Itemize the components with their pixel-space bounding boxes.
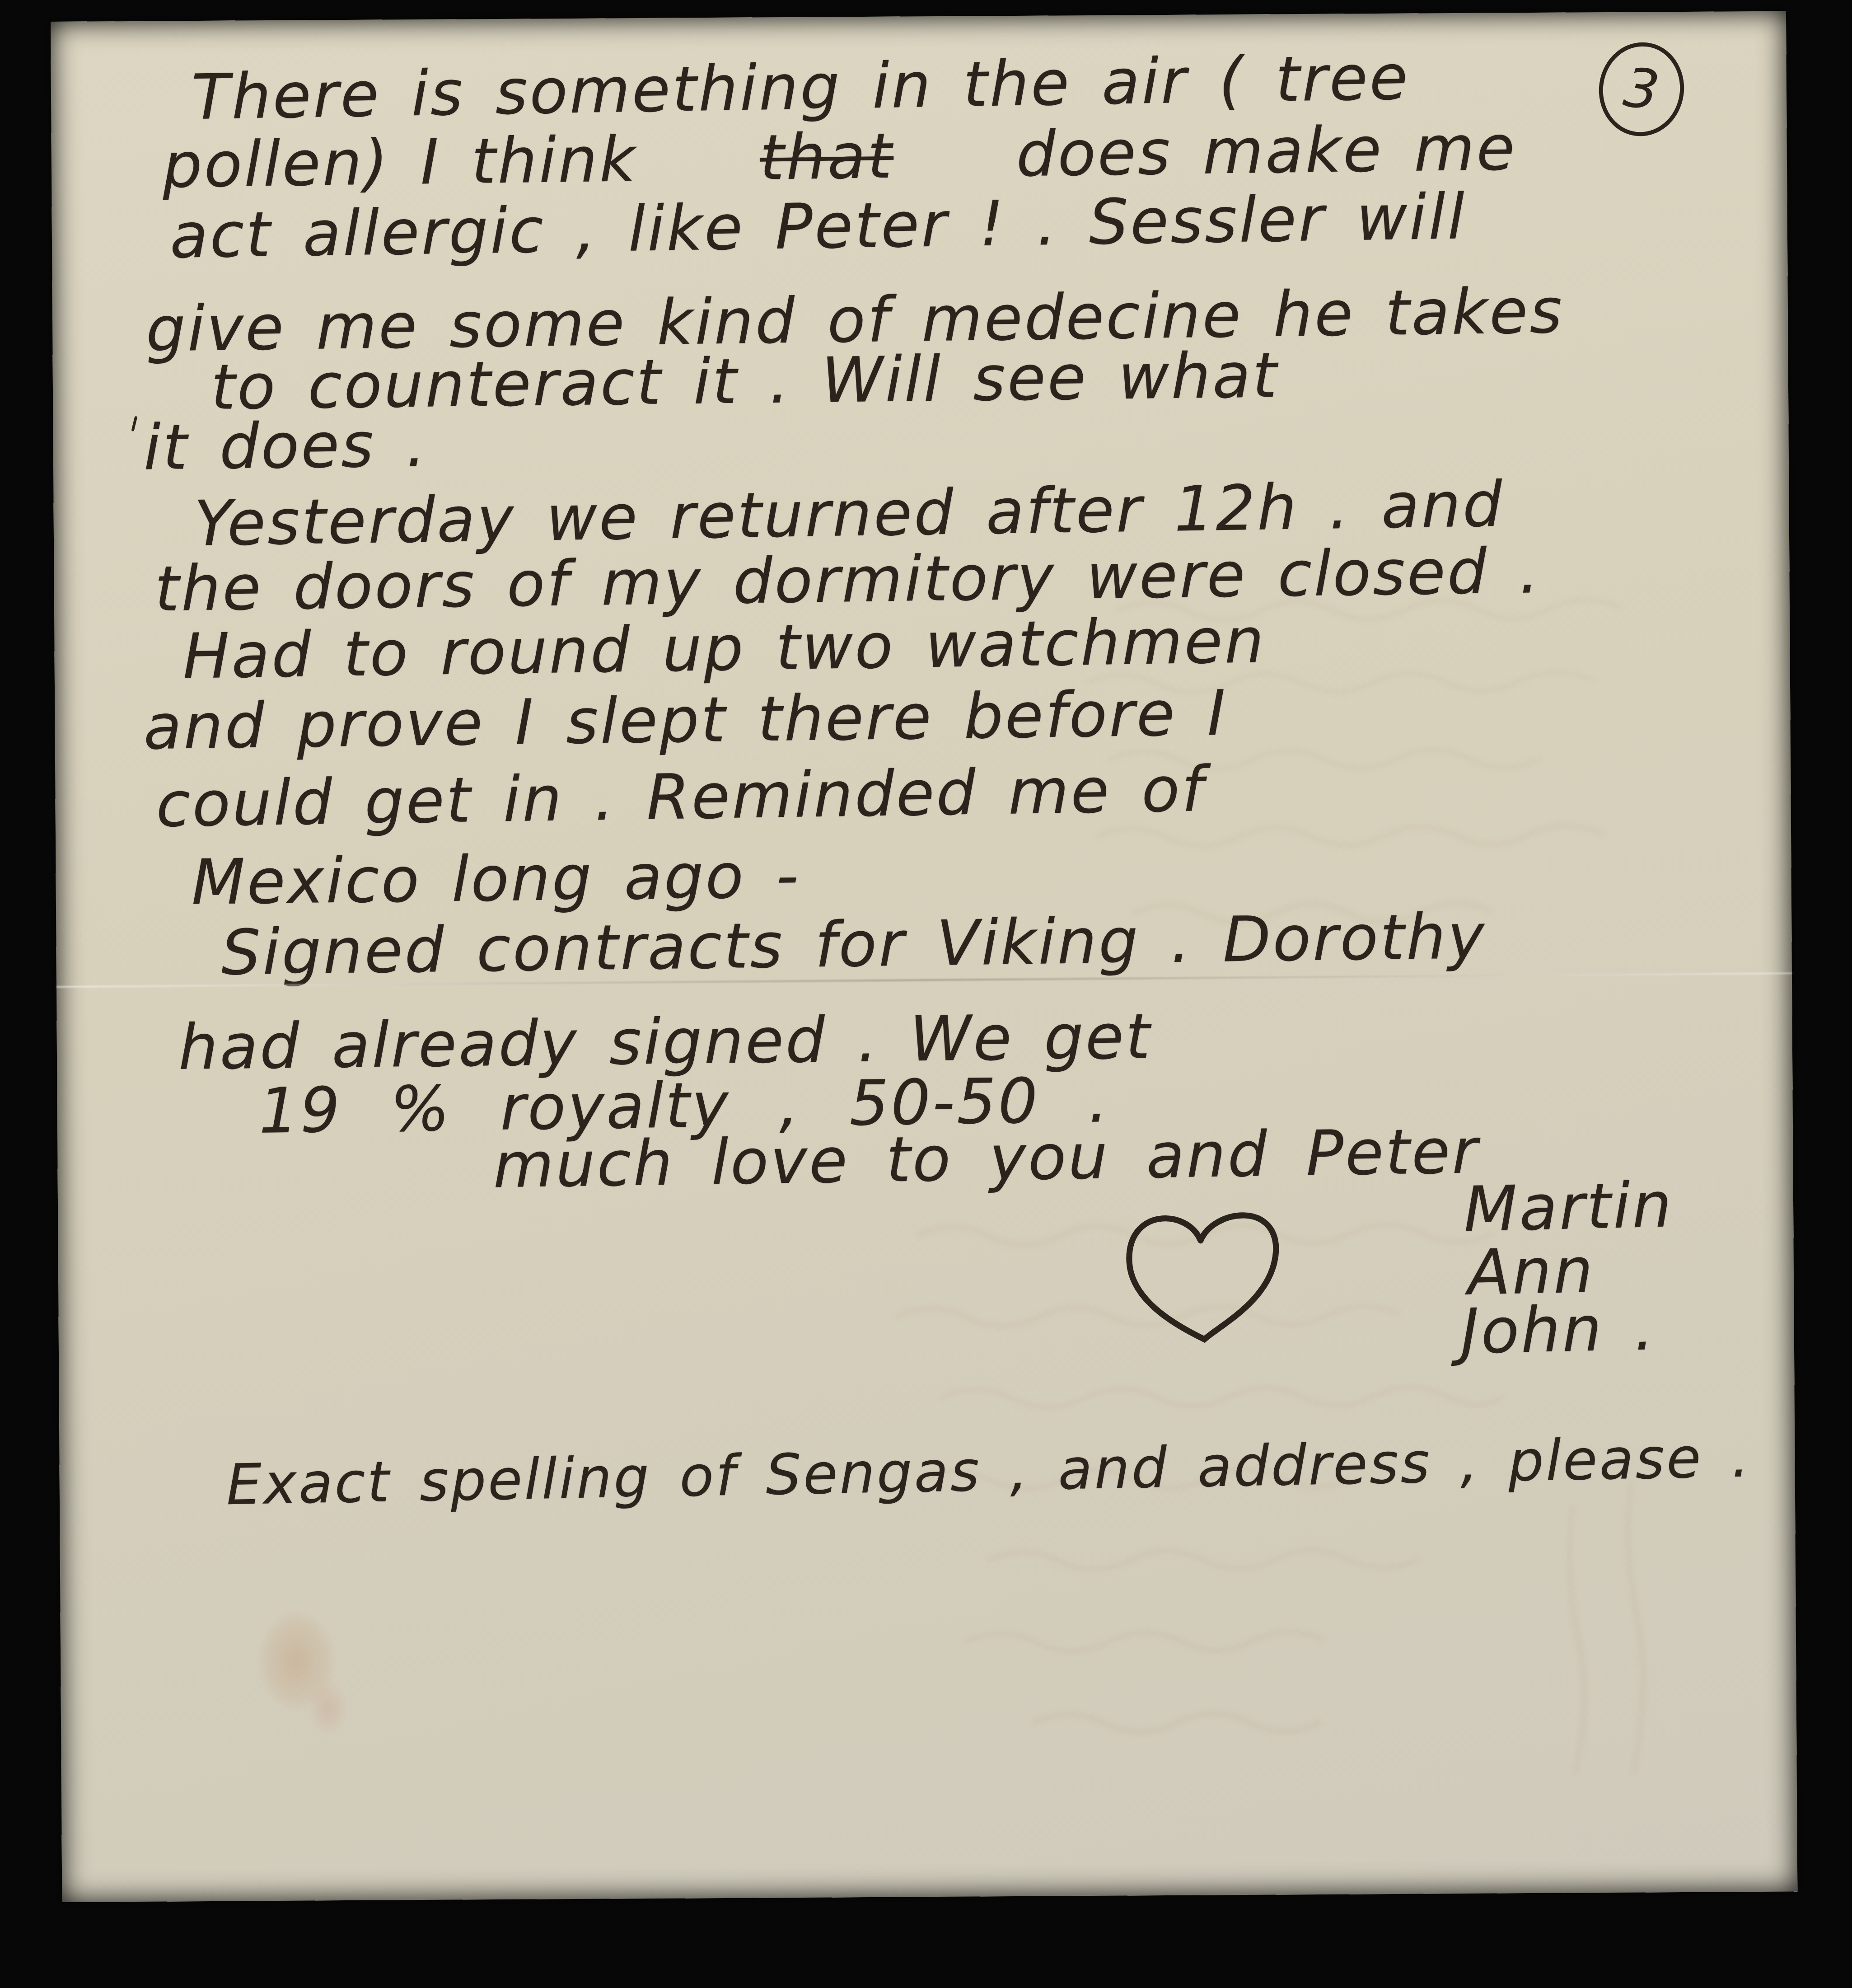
letter-line-16: much love to you and Peter bbox=[493, 1120, 1480, 1197]
scanned-letter-photo: 3 There is something in the air ( tree p… bbox=[0, 0, 1852, 1988]
letter-line-2-pre: pollen) I think bbox=[162, 123, 638, 202]
signature-name-john: John . bbox=[1460, 1297, 1656, 1363]
letter-line-12: Mexico long ago - bbox=[191, 845, 801, 914]
letter-line-6: it does . bbox=[143, 413, 428, 479]
letter-line-10: and prove I slept there before I bbox=[143, 682, 1228, 759]
letter-line-13: Signed contracts for Viking . Dorothy bbox=[221, 905, 1487, 985]
letter-line-8: the doors of my dormitory were closed . bbox=[154, 540, 1541, 620]
signature-name-martin: Martin bbox=[1463, 1174, 1674, 1241]
paper-sheet: 3 There is something in the air ( tree p… bbox=[51, 11, 1797, 1902]
letter-line-2-struck-word: that bbox=[759, 120, 894, 194]
letter-line-11: could get in . Reminded me of bbox=[155, 759, 1205, 836]
page-number: 3 bbox=[1620, 56, 1663, 122]
letter-line-2-post: does make me bbox=[1016, 112, 1517, 191]
heart-icon bbox=[1108, 1195, 1298, 1346]
letter-line-3: act allergic , like Peter ! . Sessler wi… bbox=[169, 186, 1467, 268]
letter-line-5: to counteract it . Will see what bbox=[210, 344, 1279, 419]
letter-line-9: Had to round up two watchmen bbox=[182, 610, 1266, 688]
paper-stain-small bbox=[307, 1679, 348, 1738]
